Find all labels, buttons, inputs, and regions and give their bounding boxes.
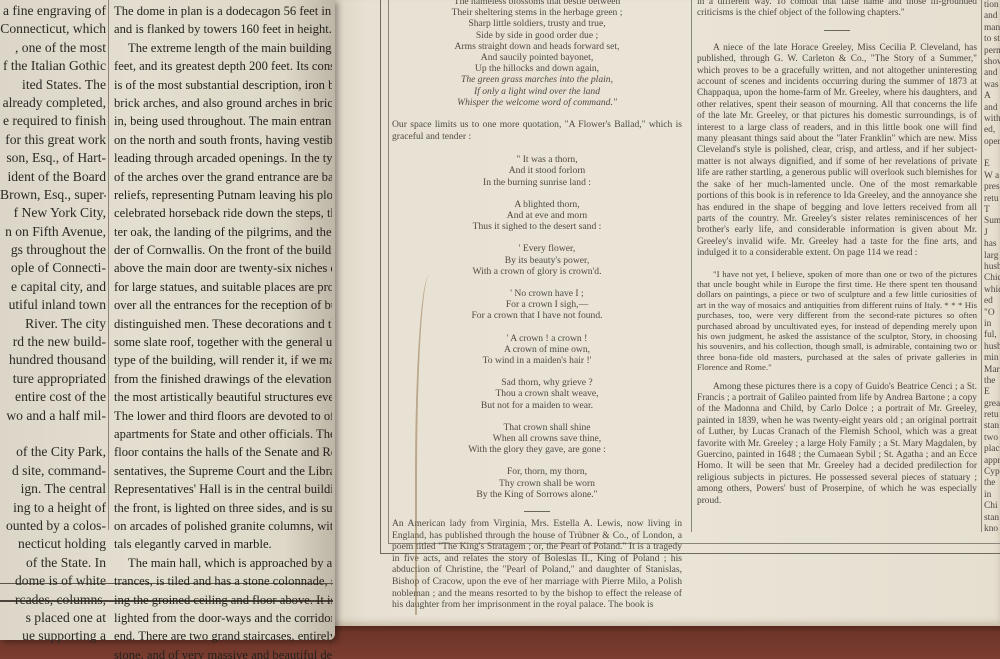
text-fragment: has: [984, 239, 1000, 250]
text-fragment: Chi: [984, 501, 1000, 512]
intro-paragraph: Our space limits us to one more quotatio…: [392, 119, 682, 142]
text-line: for large statues, and suitable places a…: [114, 278, 332, 296]
text-line: floor contains the halls of the Senate a…: [114, 443, 332, 461]
text-fragment: plac: [984, 444, 1000, 455]
text-fragment: oper: [984, 137, 1000, 148]
poem-line: Their sheltering stems in the herbage gr…: [392, 7, 682, 18]
text-line: lighted from the door-ways and the corri…: [114, 609, 332, 627]
text-line: end. There are two grand staircases, ent…: [114, 627, 332, 645]
text-line: ited States. The: [0, 76, 106, 94]
text-fragment: in: [984, 490, 1000, 501]
text-line: the front, is lighted on three sides, an…: [114, 499, 332, 517]
text-fragment: W a: [984, 171, 1000, 182]
text-line: over all the entrances for the reception…: [114, 296, 332, 314]
text-fragment: pres: [984, 182, 1000, 193]
text-line: ident of the Board: [0, 168, 106, 186]
poem-line: " It was a thorn,: [392, 154, 682, 165]
text-line: dome is of white: [0, 572, 106, 590]
text-fragment: whic: [984, 285, 1000, 296]
text-line: f New York City,: [0, 204, 106, 222]
text-fragment: in: [984, 319, 1000, 330]
text-line: e capital city, and: [0, 278, 106, 296]
text-line: ign. The central: [0, 480, 106, 498]
text-fragment: the: [984, 478, 1000, 489]
poem-stanza: A blighted thorn,And at eve and mornThus…: [392, 199, 682, 233]
text-fragment: retu: [984, 410, 1000, 421]
text-fragment: was: [984, 80, 1000, 91]
text-fragment: and: [984, 11, 1000, 22]
text-line: The dome in plan is a dodecagon 56 feet …: [114, 2, 332, 20]
book-notices-column: in a different way. To combat that false…: [697, 0, 977, 516]
text-line: Representatives' Hall is in the central …: [114, 480, 332, 498]
text-fragment: kno: [984, 524, 1000, 535]
text-line: ounted by a colos-: [0, 517, 106, 535]
poem-line: A blighted thorn,: [392, 199, 682, 210]
text-line: The extreme length of the main building …: [114, 39, 332, 57]
text-line: distinguished men. These decorations and…: [114, 315, 332, 333]
pictures-paragraph: Among these pictures there is a copy of …: [697, 382, 977, 507]
text-fragment: larg: [984, 251, 1000, 262]
text-fragment: and: [984, 68, 1000, 79]
poem-line: If only a light wind over the land: [392, 86, 682, 97]
text-line: d site, command-: [0, 462, 106, 480]
text-fragment: appr: [984, 456, 1000, 467]
text-line: already completed,: [0, 94, 106, 112]
text-line: celebrated horseback ride down the steps…: [114, 204, 332, 222]
text-line: The lower and third floors are devoted t…: [114, 407, 332, 425]
text-line: e required to finish: [0, 112, 106, 130]
text-fragment: ful,: [984, 330, 1000, 341]
top-fragment: in a different way. To combat that false…: [697, 0, 977, 20]
greeley-quote: "I have not yet, I believe, spoken of mo…: [697, 269, 977, 373]
text-line: wo and a half mil-: [0, 407, 106, 425]
poem-line: Thus it sighed to the desert sand :: [392, 221, 682, 232]
text-line: [0, 425, 106, 443]
text-fragment: retu: [984, 194, 1000, 205]
text-line: ture appropriated: [0, 370, 106, 388]
text-fragment: Cyp: [984, 467, 1000, 478]
text-fragment: stan: [984, 513, 1000, 524]
text-line: The main hall, which is approached by al…: [114, 554, 332, 572]
text-line: der of Cornwallis. On the front of the b…: [114, 241, 332, 259]
text-fragment: E: [984, 387, 1000, 398]
text-line: for this great work: [0, 131, 106, 149]
text-line: some slate roof, together with the gener…: [114, 333, 332, 351]
section-divider: [524, 511, 550, 512]
poem-line: ' Every flower,: [392, 243, 682, 254]
text-line: type of the building, will render it, if…: [114, 351, 332, 369]
text-fragment: Sum: [984, 216, 1000, 227]
text-line: Connecticut, which: [0, 20, 106, 38]
column-divider: [981, 0, 982, 532]
text-fragment: tion: [984, 0, 1000, 11]
text-line: f the Italian Gothic: [0, 57, 106, 75]
text-fragment: A: [984, 91, 1000, 102]
text-line: leading through arcaded openings. In the…: [114, 149, 332, 167]
text-fragment: [984, 148, 1000, 159]
text-line: , one of the most: [0, 39, 106, 57]
text-fragment: to st: [984, 34, 1000, 45]
text-line: s placed one at: [0, 609, 106, 627]
text-fragment: "O: [984, 308, 1000, 319]
text-fragment: stan: [984, 421, 1000, 432]
text-line: of the arches over the grand entrance ar…: [114, 168, 332, 186]
left-cut-off-column: a fine engraving ofConnecticut, which, o…: [0, 2, 106, 646]
poem-line: In the burning sunrise land :: [392, 177, 682, 188]
poem-line: The nameless blossoms that bestle betwee…: [392, 0, 682, 7]
text-fragment: Chic: [984, 273, 1000, 284]
text-line: and is flanked by towers 160 feet in hei…: [114, 20, 332, 38]
poem-line: And it stood forlorn: [392, 165, 682, 176]
text-fragment: Mar: [984, 365, 1000, 376]
text-fragment: grea: [984, 399, 1000, 410]
text-line: a fine engraving of: [0, 2, 106, 20]
text-fragment: E: [984, 159, 1000, 170]
text-line: n on Fifth Avenue,: [0, 223, 106, 241]
poem-line: And saucily pointed bayonet,: [392, 52, 682, 63]
text-fragment: perm: [984, 46, 1000, 57]
text-line: Brown, Esq., super-: [0, 186, 106, 204]
text-line: son, Esq., of Hart-: [0, 149, 106, 167]
text-fragment: husb: [984, 262, 1000, 273]
text-fragment: with: [984, 114, 1000, 125]
text-line: entire cost of the: [0, 388, 106, 406]
text-line: ople of Connecti-: [0, 259, 106, 277]
poem-grass-tail: The nameless blossoms that bestle betwee…: [392, 0, 682, 108]
text-line: feet, and its greatest depth 200 feet. I…: [114, 57, 332, 75]
text-line: River. The city: [0, 315, 106, 333]
text-line: is of the most substantial description, …: [114, 76, 332, 94]
column-divider: [691, 0, 692, 532]
greeley-paragraph: A niece of the late Horace Greeley, Miss…: [697, 43, 977, 260]
text-line: reliefs, representing Putnam leaving his…: [114, 186, 332, 204]
text-fragment: ed: [984, 296, 1000, 307]
text-fragment: J: [984, 228, 1000, 239]
text-line: the most artistically beautiful structur…: [114, 388, 332, 406]
text-fragment: and: [984, 103, 1000, 114]
section-divider: [824, 30, 850, 31]
poem-stanza: " It was a thorn,And it stood forlornIn …: [392, 154, 682, 188]
text-fragment: husb: [984, 342, 1000, 353]
text-line: ue supporting a: [0, 627, 106, 645]
text-fragment: man: [984, 23, 1000, 34]
text-fragment: the: [984, 376, 1000, 387]
cut-off-column: tionandmanto stpermshowandwasAandwithed,…: [984, 0, 1000, 535]
text-line: gs throughout the: [0, 241, 106, 259]
text-line: stone, and of very massive and beautiful…: [114, 646, 332, 659]
poem-line: The green grass marches into the plain,: [392, 74, 682, 85]
poem-line: Up the hillocks and down again,: [392, 63, 682, 74]
poem-line: By its beauty's power,: [392, 255, 682, 266]
text-line: from the finished drawings of the elevat…: [114, 370, 332, 388]
poem-line: Arms straight down and heads forward set…: [392, 41, 682, 52]
text-line: of the State. In: [0, 554, 106, 572]
text-line: hundred thousand: [0, 351, 106, 369]
poem-line: Sharp little soldiers, trusty and true,: [392, 18, 682, 29]
text-fragment: T: [984, 205, 1000, 216]
text-line: tals elegantly carved in marble.: [114, 535, 332, 553]
text-line: sentatives, the Supreme Court and the Li…: [114, 462, 332, 480]
text-fragment: show: [984, 57, 1000, 68]
text-line: ing the groined ceiling and floor above.…: [114, 591, 332, 609]
text-line: on arcades of polished granite columns, …: [114, 517, 332, 535]
text-line: on the north and south fronts, having ve…: [114, 131, 332, 149]
text-line: in, being used throughout. The main entr…: [114, 112, 332, 130]
text-line: of the City Park,: [0, 443, 106, 461]
text-line: utiful inland town: [0, 296, 106, 314]
poem-stanza: ' Every flower,By its beauty's power,Wit…: [392, 243, 682, 277]
text-line: trances, is tiled and has a stone colonn…: [114, 572, 332, 590]
text-line: rcades, columns,: [0, 591, 106, 609]
poem-line: And at eve and morn: [392, 210, 682, 221]
text-line: ing to a height of: [0, 499, 106, 517]
poem-line: Side by side in good order due ;: [392, 30, 682, 41]
poem-line: Whisper the welcome word of command.": [392, 97, 682, 108]
text-line: above the main door are twenty-six niche…: [114, 259, 332, 277]
text-fragment: two: [984, 433, 1000, 444]
column-divider: [108, 0, 109, 530]
text-line: apartments for State and other officials…: [114, 425, 332, 443]
text-line: necticut holding: [0, 535, 106, 553]
text-line: brick arches, and also ground arches in …: [114, 94, 332, 112]
text-fragment: min: [984, 353, 1000, 364]
text-fragment: ed,: [984, 125, 1000, 136]
text-line: rd the new build-: [0, 333, 106, 351]
text-line: ter oak, the landing of the pilgrims, an…: [114, 223, 332, 241]
capitol-description-column: The dome in plan is a dodecagon 56 feet …: [114, 2, 332, 659]
